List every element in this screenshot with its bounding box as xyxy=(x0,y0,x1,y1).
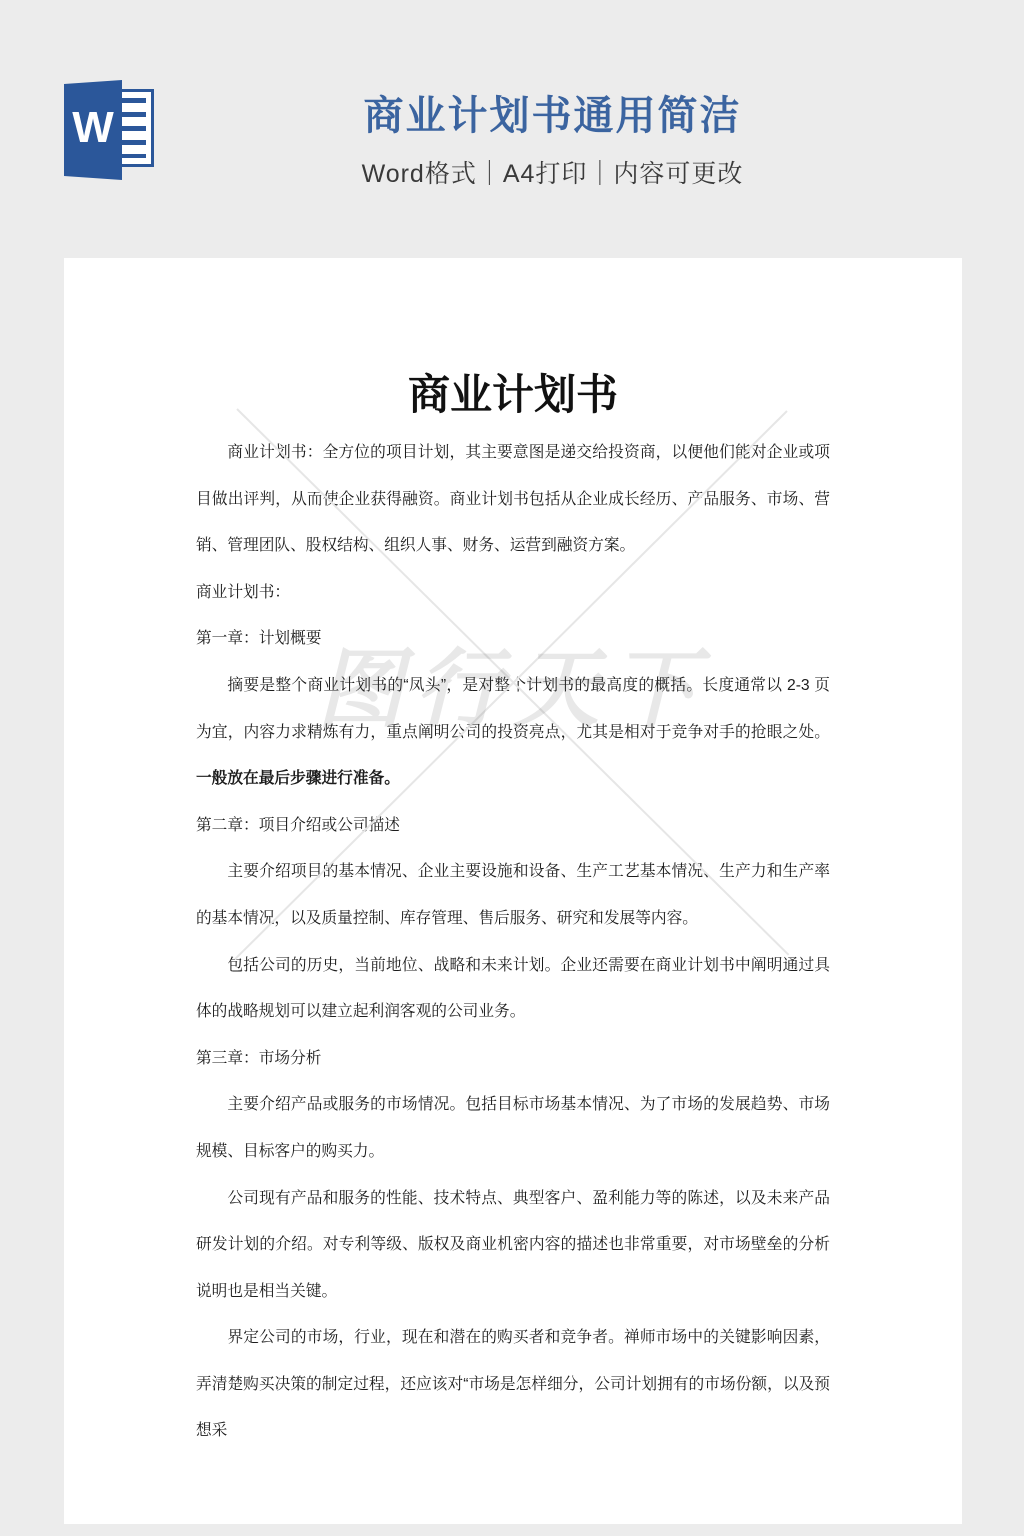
template-preview-page: W 商业计划书通用简洁 Word格式｜A4打印｜内容可更改 图行天下 商业计划书… xyxy=(0,0,1024,1536)
watermark-text: 图行天下 xyxy=(317,620,709,744)
paragraph-chapter2-body-1: 主要介绍项目的基本情况、企业主要设施和设备、生产工艺基本情况、生产力和生产率的基… xyxy=(196,849,830,942)
paragraph-chapter1-bold-note: 一般放在最后步骤进行准备。 xyxy=(196,770,400,787)
word-icon-letter: W xyxy=(72,106,114,150)
word-icon-blue-panel: W xyxy=(64,80,122,180)
paragraph-chapter3-body-2: 公司现有产品和服务的性能、技术特点、典型客户、盈利能力等的陈述，以及未来产品研发… xyxy=(196,1176,830,1316)
paragraph-chapter3-body-1: 主要介绍产品或服务的市场情况。包括目标市场基本情况、为了市场的发展趋势、市场规模… xyxy=(196,1082,830,1175)
document-body: 商业计划书：全方位的项目计划，其主要意图是递交给投资商，以便他们能对企业或项目做… xyxy=(196,430,830,1455)
header-text-block: 商业计划书通用简洁 Word格式｜A4打印｜内容可更改 xyxy=(130,0,975,190)
template-title: 商业计划书通用简洁 xyxy=(130,92,975,140)
chapter-heading-2: 第二章：项目介绍或公司描述 xyxy=(196,803,830,850)
document-page-preview: 图行天下 商业计划书 商业计划书：全方位的项目计划，其主要意图是递交给投资商，以… xyxy=(64,258,962,1524)
paragraph-intro: 商业计划书：全方位的项目计划，其主要意图是递交给投资商，以便他们能对企业或项目做… xyxy=(196,430,830,570)
paragraph-chapter3-body-3: 界定公司的市场，行业，现在和潜在的购买者和竞争者。禅师市场中的关键影响因素，弄清… xyxy=(196,1315,830,1455)
document-title: 商业计划书 xyxy=(64,258,962,420)
header: W 商业计划书通用简洁 Word格式｜A4打印｜内容可更改 xyxy=(0,0,1024,258)
paragraph-label: 商业计划书： xyxy=(196,570,830,617)
paragraph-chapter2-body-2: 包括公司的历史，当前地位、战略和未来计划。企业还需要在商业计划书中阐明通过具体的… xyxy=(196,943,830,1036)
template-subtitle: Word格式｜A4打印｜内容可更改 xyxy=(130,154,975,190)
chapter-heading-3: 第三章：市场分析 xyxy=(196,1036,830,1083)
